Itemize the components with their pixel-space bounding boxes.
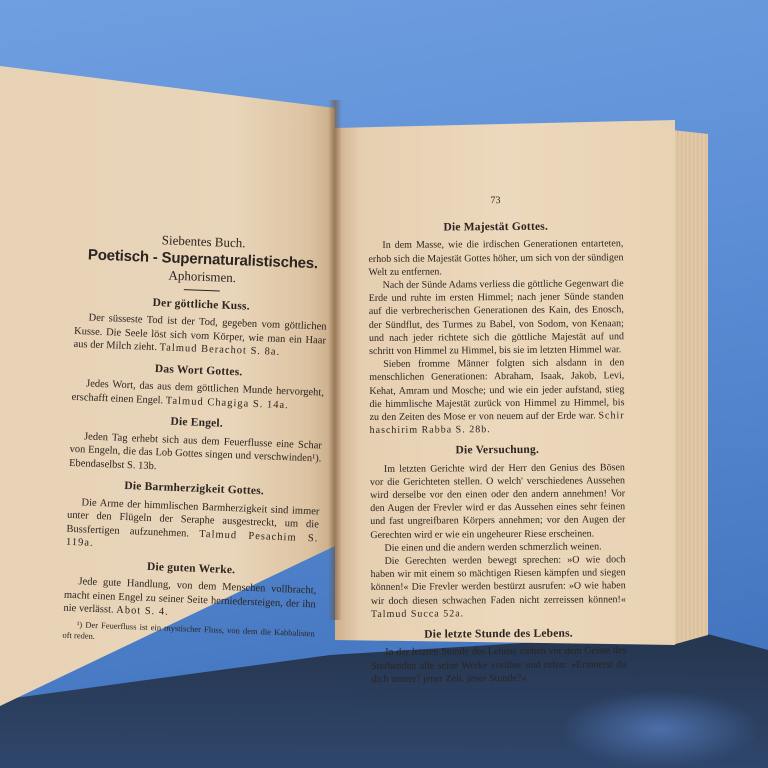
section-text: Die Arme der himmlischen Barmherzigkeit … (66, 495, 320, 559)
section-text: In der letzten Stunde des Lebens ziehen … (371, 645, 626, 686)
section-text: Nach der Sünde Adams verliess die göttli… (369, 277, 625, 358)
left-page-text: Siebentes Buch. Poetisch - Supernaturali… (62, 230, 330, 650)
title-divider (184, 289, 220, 291)
section-text: Im letzten Gerichte wird der Herr den Ge… (370, 461, 626, 542)
section-text: Jeden Tag erhebt sich aus dem Feuerfluss… (69, 429, 322, 479)
section-text: Die Gerechten werden bewegt sprechen: »O… (371, 553, 626, 621)
background-glow (560, 690, 760, 768)
section: Das Wort Gottes. Jedes Wort, das aus dem… (71, 359, 325, 413)
section: Die Barmherzigkeit Gottes. Die Arme der … (66, 478, 321, 559)
section: Der göttliche Kuss. Der süsseste Tod ist… (73, 293, 327, 361)
section-heading: Die Versuchung. (370, 444, 625, 459)
section-heading: Die letzte Stunde des Lebens. (371, 627, 626, 642)
source-citation: Talmud Succa 52a. (371, 608, 464, 620)
page-edges (672, 130, 708, 645)
section-heading: Die Majestät Gottes. (368, 220, 623, 235)
section: Die letzte Stunde des Lebens. In der let… (371, 627, 626, 686)
section-text: Jedes Wort, das aus dem göttlichen Munde… (71, 377, 324, 414)
page-number: 73 (368, 193, 623, 208)
source-citation: Talmud Berachot S. 8a. (159, 342, 280, 358)
section-text: In dem Masse, wie die irdischen Generati… (368, 238, 623, 279)
right-page-text: 73 Die Majestät Gottes. In dem Masse, wi… (368, 193, 626, 686)
source-citation: Abot S. 4. (116, 605, 169, 618)
section: Die Engel. Jeden Tag erhebt sich aus dem… (69, 412, 323, 480)
section-text: Jede gute Handlung, von dem Menschen vol… (63, 575, 316, 625)
section-text: Der süsseste Tod ist der Tod, gegeben vo… (73, 311, 326, 361)
section: Die guten Werke. Jede gute Handlung, von… (63, 557, 317, 625)
source-citation: Talmud Chagiga S. 14a. (166, 395, 289, 411)
source-citation: Ebendaselbst S. 13b. (69, 457, 157, 471)
section: Die Versuchung. Im letzten Gerichte wird… (370, 444, 626, 621)
section: Die Majestät Gottes. In dem Masse, wie d… (368, 220, 624, 437)
book-gutter (328, 100, 342, 620)
section-text: Sieben fromme Männer folgten sich alsdan… (369, 356, 625, 437)
